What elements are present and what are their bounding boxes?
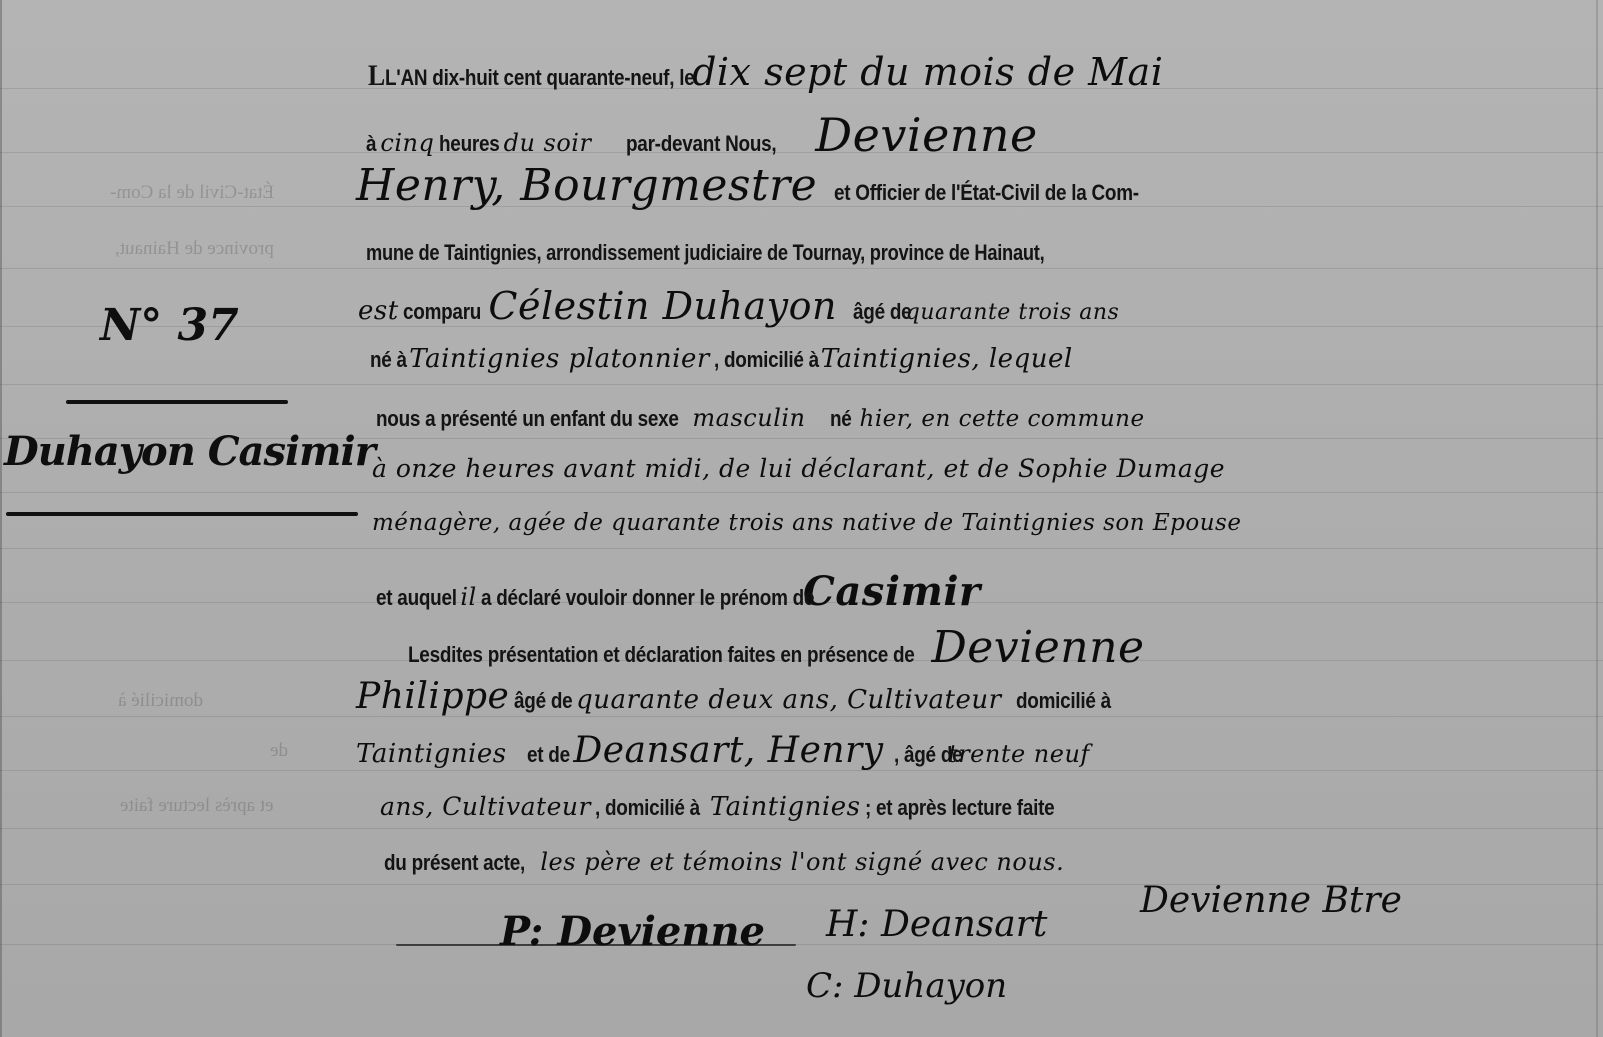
- bleed-through-text: province de Hainaut,: [115, 238, 274, 260]
- printed-text: Lesdites présentation et déclaration fai…: [408, 642, 915, 668]
- record-line-3: Henry, Bourgmestre et Officier de l'État…: [356, 160, 1188, 211]
- record-line-1: LL'AN dix-huit cent quarante-neuf, le di…: [368, 50, 1163, 94]
- handwritten-text: Taintignies: [710, 792, 861, 822]
- bleed-through-text: de: [270, 740, 288, 762]
- record-line-5: est comparu Célestin Duhayon âgé de quar…: [358, 284, 1119, 328]
- printed-text: né: [830, 406, 852, 432]
- handwritten-text: Philippe: [356, 676, 509, 717]
- signature-witness-2: H: Deansart: [826, 904, 1047, 945]
- printed-text: à: [366, 131, 376, 157]
- handwritten-text: Deansart, Henry: [573, 730, 883, 771]
- handwritten-text: ans, Cultivateur: [380, 792, 591, 821]
- record-line-14: ans, Cultivateur , domicilié à Taintigni…: [380, 792, 1085, 822]
- handwritten-text: ménagère, agée de quarante trois ans nat…: [372, 510, 1241, 536]
- record-number-label: N°: [100, 300, 162, 351]
- record-line-4: mune de Taintignies, arrondissement judi…: [366, 240, 1183, 266]
- record-line-9: ménagère, agée de quarante trois ans nat…: [372, 510, 1241, 536]
- printed-text: a déclaré vouloir donner le prénom de: [481, 585, 814, 611]
- bleed-through-text: domicilié à: [118, 690, 203, 712]
- handwritten-text: Devienne: [815, 108, 1038, 162]
- handwritten-text: hier, en cette commune: [860, 406, 1145, 432]
- handwritten-text: est: [358, 296, 399, 326]
- record-line-11: Lesdites présentation et déclaration fai…: [408, 622, 1144, 673]
- handwritten-text: Taintignies: [356, 739, 507, 769]
- printed-text: du présent acte,: [384, 850, 525, 876]
- handwritten-text: Taintignies, lequel: [821, 344, 1073, 374]
- handwritten-text: dix sept du mois de Mai: [692, 50, 1163, 94]
- handwritten-text: quarante deux ans, Cultivateur: [576, 685, 1001, 715]
- signature-officer: Devienne Btre: [1140, 880, 1402, 921]
- handwritten-text: Taintignies platonnier: [409, 344, 710, 374]
- printed-text: et Officier de l'État-Civil de la Com-: [834, 180, 1139, 206]
- margin-underline: [6, 512, 358, 516]
- printed-text: né à: [370, 347, 407, 373]
- printed-text: et auquel: [376, 585, 457, 611]
- printed-text: , domicilié à: [595, 795, 700, 821]
- handwritten-text: cinq: [380, 129, 434, 157]
- scanned-record-page: État-Civil de la Com- province de Hainau…: [0, 0, 1603, 1037]
- record-line-6: né à Taintignies platonnier , domicilié …: [370, 344, 1073, 374]
- handwritten-text: les père et témoins l'ont signé avec nou…: [540, 848, 1064, 876]
- printed-text: LL'AN dix-huit cent quarante-neuf, le: [368, 59, 694, 93]
- record-line-7: nous a présenté un enfant du sexe mascul…: [376, 404, 1145, 432]
- ruled-line: [0, 268, 1603, 269]
- printed-text: nous a présenté un enfant du sexe: [376, 406, 679, 432]
- handwritten-text: trente neuf: [948, 740, 1090, 768]
- record-line-8: à onze heures avant midi, de lui déclara…: [372, 454, 1225, 483]
- record-line-15: du présent acte, les père et témoins l'o…: [384, 848, 1064, 876]
- printed-text: mune de Taintignies, arrondissement judi…: [366, 240, 1044, 266]
- bleed-through-text: et après lecture faite: [120, 795, 273, 817]
- printed-text: âgé de: [514, 688, 572, 714]
- handwritten-text: du soir: [504, 129, 592, 157]
- record-line-2: à cinq heures du soir par-devant Nous, D…: [366, 108, 1038, 162]
- printed-text: domicilié à: [1016, 688, 1111, 714]
- ruled-line: [0, 944, 1603, 945]
- printed-text: comparu: [403, 299, 481, 325]
- handwritten-text: quarante trois ans: [906, 300, 1120, 325]
- printed-text: , âgé de: [894, 742, 962, 768]
- printed-text: et de: [527, 742, 570, 768]
- printed-text: , domicilié à: [714, 347, 819, 373]
- handwritten-text: Casimir: [803, 568, 981, 615]
- printed-text: âgé de: [853, 299, 911, 325]
- record-number-value: 37: [178, 300, 239, 351]
- record-line-10: et auquel il a déclaré vouloir donner le…: [376, 568, 981, 615]
- printed-text: ; et après lecture faite: [865, 795, 1054, 821]
- handwritten-text: Henry, Bourgmestre: [356, 160, 817, 211]
- signature-father: C: Duhayon: [806, 966, 1007, 1006]
- margin-underline: [66, 400, 288, 404]
- handwritten-text: Célestin Duhayon: [488, 284, 837, 328]
- ruled-line: [0, 384, 1603, 385]
- printed-text: heures: [439, 131, 500, 157]
- handwritten-text: à onze heures avant midi, de lui déclara…: [372, 454, 1225, 483]
- handwritten-text: Devienne: [931, 622, 1144, 673]
- ruled-line: [0, 492, 1603, 493]
- ruled-line: [0, 828, 1603, 829]
- record-line-12: Philippe âgé de quarante deux ans, Culti…: [356, 676, 1126, 717]
- page-edge: [0, 0, 2, 1037]
- printed-text: par-devant Nous,: [626, 131, 776, 157]
- handwritten-text: il: [460, 583, 476, 611]
- record-number: N° 37: [100, 300, 239, 351]
- bleed-through-text: État-Civil de la Com-: [110, 182, 274, 204]
- ruled-line: [0, 548, 1603, 549]
- signature-witness-1: P: Devienne: [500, 908, 765, 955]
- margin-child-name: Duhayon Casimir: [4, 428, 375, 475]
- page-edge: [1596, 0, 1598, 1037]
- handwritten-text: masculin: [692, 404, 805, 432]
- record-line-13: Taintignies et de Deansart, Henry , âgé …: [356, 730, 1090, 771]
